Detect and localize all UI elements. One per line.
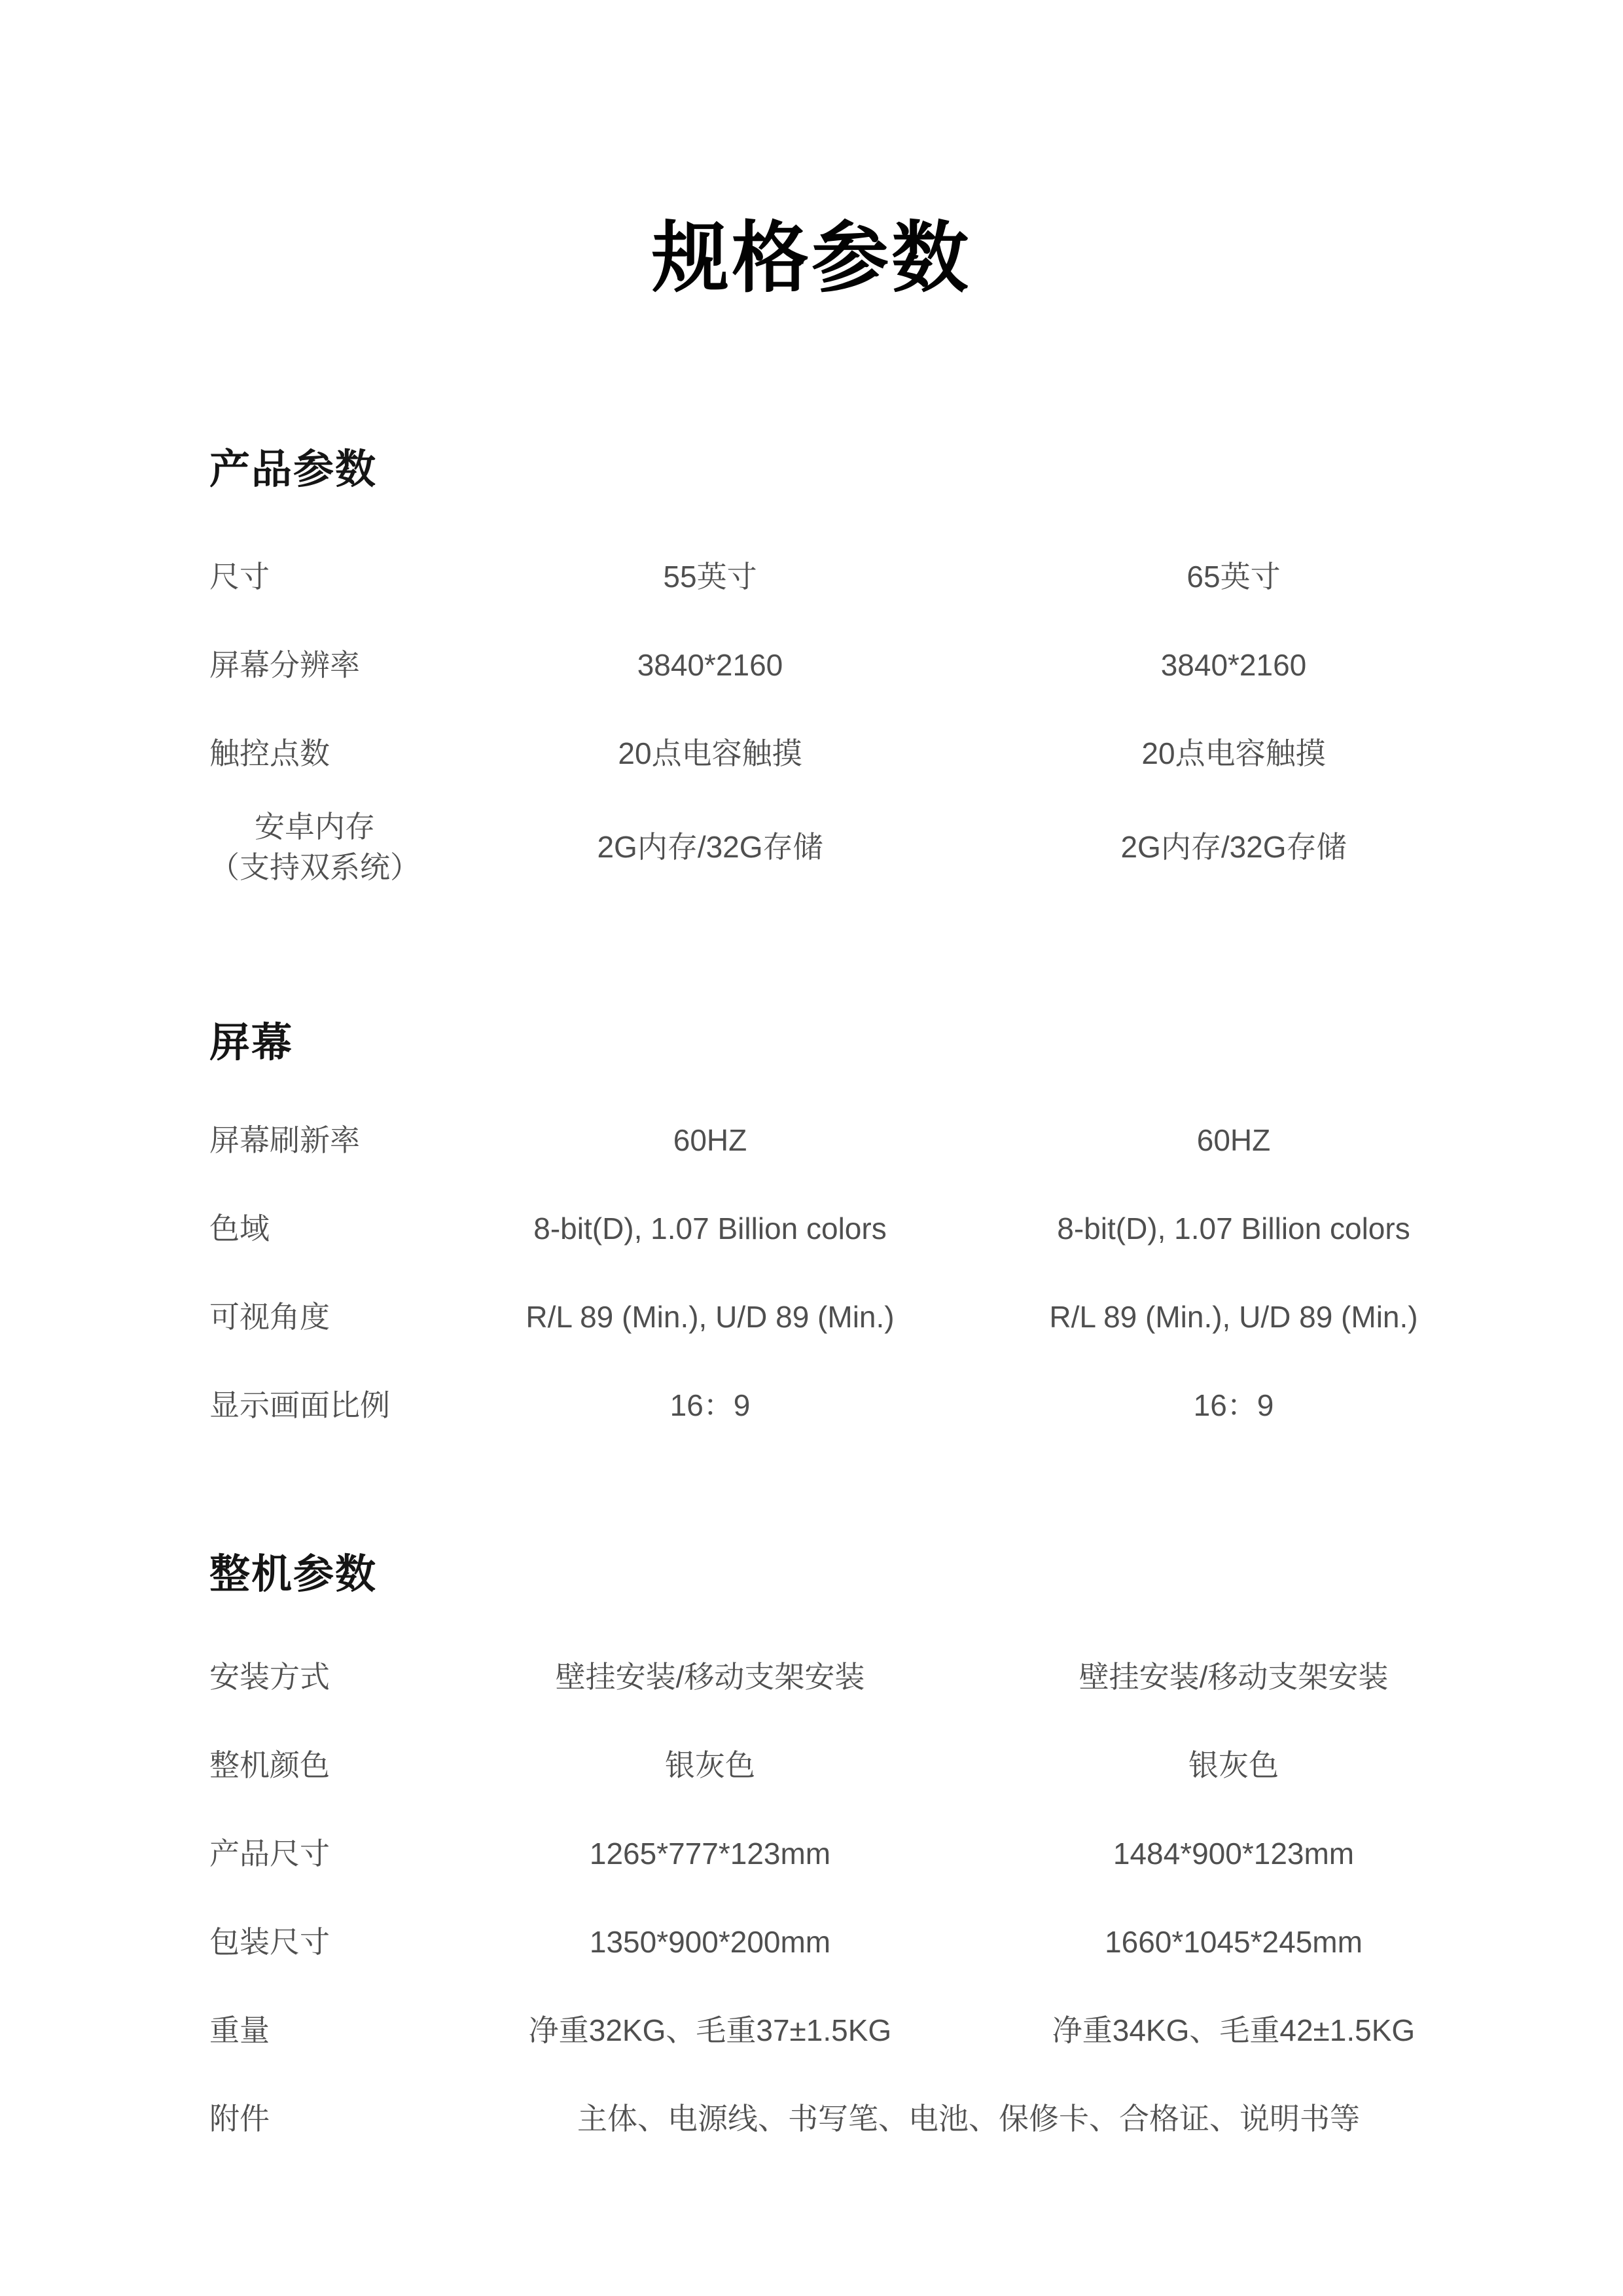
- row-label: 显示画面比例: [209, 1385, 445, 1426]
- table-row: 整机颜色 银灰色 银灰色: [0, 1745, 1623, 1785]
- row-value-65: 净重34KG、毛重42±1.5KG: [975, 2010, 1492, 2051]
- spec-table: 安装方式 壁挂安装/移动支架安装 壁挂安装/移动支架安装 整机颜色 银灰色 银灰…: [0, 1657, 1623, 2139]
- row-value-55: 1265*777*123mm: [445, 1833, 975, 1874]
- table-row: 尺寸 55英寸 65英寸: [0, 556, 1623, 597]
- row-label: 包装尺寸: [209, 1922, 445, 1962]
- row-label-note: （支持双系统）: [209, 847, 420, 888]
- row-value-65: 3840*2160: [975, 645, 1492, 685]
- row-label: 触控点数: [209, 733, 445, 774]
- row-label: 重量: [209, 2010, 445, 2051]
- row-value-55: 16：9: [445, 1385, 975, 1426]
- row-value-55: R/L 89 (Min.), U/D 89 (Min.): [445, 1297, 975, 1337]
- section-heading: 屏幕: [209, 1018, 1623, 1067]
- row-value-65: 1484*900*123mm: [975, 1833, 1492, 1874]
- section-machine-params: 整机参数 安装方式 壁挂安装/移动支架安装 壁挂安装/移动支架安装 整机颜色 银…: [0, 1550, 1623, 2139]
- row-value-65: 2G内存/32G存储: [975, 827, 1492, 867]
- row-value-65: 1660*1045*245mm: [975, 1922, 1492, 1962]
- row-label: 整机颜色: [209, 1745, 445, 1785]
- row-label: 产品尺寸: [209, 1833, 445, 1874]
- table-row: 重量 净重32KG、毛重37±1.5KG 净重34KG、毛重42±1.5KG: [0, 2010, 1623, 2051]
- table-row: 屏幕分辨率 3840*2160 3840*2160: [0, 645, 1623, 685]
- spec-table: 屏幕刷新率 60HZ 60HZ 色域 8-bit(D), 1.07 Billio…: [0, 1120, 1623, 1426]
- section-heading: 整机参数: [209, 1550, 1623, 1599]
- row-value-65: 60HZ: [975, 1120, 1492, 1160]
- row-label-multiline: 安卓内存 （支持双系统）: [209, 806, 420, 888]
- row-value-65: 16：9: [975, 1385, 1492, 1426]
- table-row: 色域 8-bit(D), 1.07 Billion colors 8-bit(D…: [0, 1208, 1623, 1249]
- table-row: 显示画面比例 16：9 16：9: [0, 1385, 1623, 1426]
- row-value-55: 银灰色: [445, 1745, 975, 1785]
- row-label: 屏幕刷新率: [209, 1120, 445, 1160]
- row-label: 附件: [209, 2098, 445, 2139]
- row-label: 色域: [209, 1208, 445, 1249]
- row-value-65: 银灰色: [975, 1745, 1492, 1785]
- section-product-params: 产品参数 尺寸 55英寸 65英寸 屏幕分辨率 3840*2160 3840*2…: [0, 445, 1623, 888]
- row-value-55: 8-bit(D), 1.07 Billion colors: [445, 1208, 975, 1249]
- row-value-65: 壁挂安装/移动支架安装: [975, 1657, 1492, 1697]
- row-value-55: 60HZ: [445, 1120, 975, 1160]
- row-value-55: 2G内存/32G存储: [445, 827, 975, 867]
- table-row: 附件 主体、电源线、书写笔、电池、保修卡、合格证、说明书等: [0, 2098, 1623, 2139]
- table-row: 可视角度 R/L 89 (Min.), U/D 89 (Min.) R/L 89…: [0, 1297, 1623, 1337]
- section-screen: 屏幕 屏幕刷新率 60HZ 60HZ 色域 8-bit(D), 1.07 Bil…: [0, 1018, 1623, 1426]
- row-label: 尺寸: [209, 556, 445, 597]
- row-value-55: 1350*900*200mm: [445, 1922, 975, 1962]
- row-value-55: 55英寸: [445, 556, 975, 597]
- row-value-65: 20点电容触摸: [975, 733, 1492, 774]
- row-label: 安装方式: [209, 1657, 445, 1697]
- row-label: 屏幕分辨率: [209, 645, 445, 685]
- row-value-55: 20点电容触摸: [445, 733, 975, 774]
- row-value-55: 3840*2160: [445, 645, 975, 685]
- row-value-65: 8-bit(D), 1.07 Billion colors: [975, 1208, 1492, 1249]
- row-value-65: 65英寸: [975, 556, 1492, 597]
- row-value-span: 主体、电源线、书写笔、电池、保修卡、合格证、说明书等: [445, 2098, 1492, 2139]
- table-row: 触控点数 20点电容触摸 20点电容触摸: [0, 733, 1623, 774]
- row-label: 可视角度: [209, 1297, 445, 1337]
- table-row: 屏幕刷新率 60HZ 60HZ: [0, 1120, 1623, 1160]
- row-label-main: 安卓内存: [209, 806, 420, 847]
- row-value-65: R/L 89 (Min.), U/D 89 (Min.): [975, 1297, 1492, 1337]
- table-row: 安装方式 壁挂安装/移动支架安装 壁挂安装/移动支架安装: [0, 1657, 1623, 1697]
- page-title: 规格参数: [0, 0, 1623, 301]
- spec-table: 尺寸 55英寸 65英寸 屏幕分辨率 3840*2160 3840*2160 触…: [0, 556, 1623, 888]
- row-value-55: 壁挂安装/移动支架安装: [445, 1657, 975, 1697]
- row-label: 安卓内存 （支持双系统）: [209, 806, 445, 888]
- table-row: 安卓内存 （支持双系统） 2G内存/32G存储 2G内存/32G存储: [0, 806, 1623, 888]
- section-heading: 产品参数: [209, 445, 1623, 494]
- row-value-55: 净重32KG、毛重37±1.5KG: [445, 2010, 975, 2051]
- table-row: 产品尺寸 1265*777*123mm 1484*900*123mm: [0, 1833, 1623, 1874]
- spec-sheet-page: 规格参数 产品参数 尺寸 55英寸 65英寸 屏幕分辨率 3840*2160 3…: [0, 0, 1623, 2296]
- table-row: 包装尺寸 1350*900*200mm 1660*1045*245mm: [0, 1922, 1623, 1962]
